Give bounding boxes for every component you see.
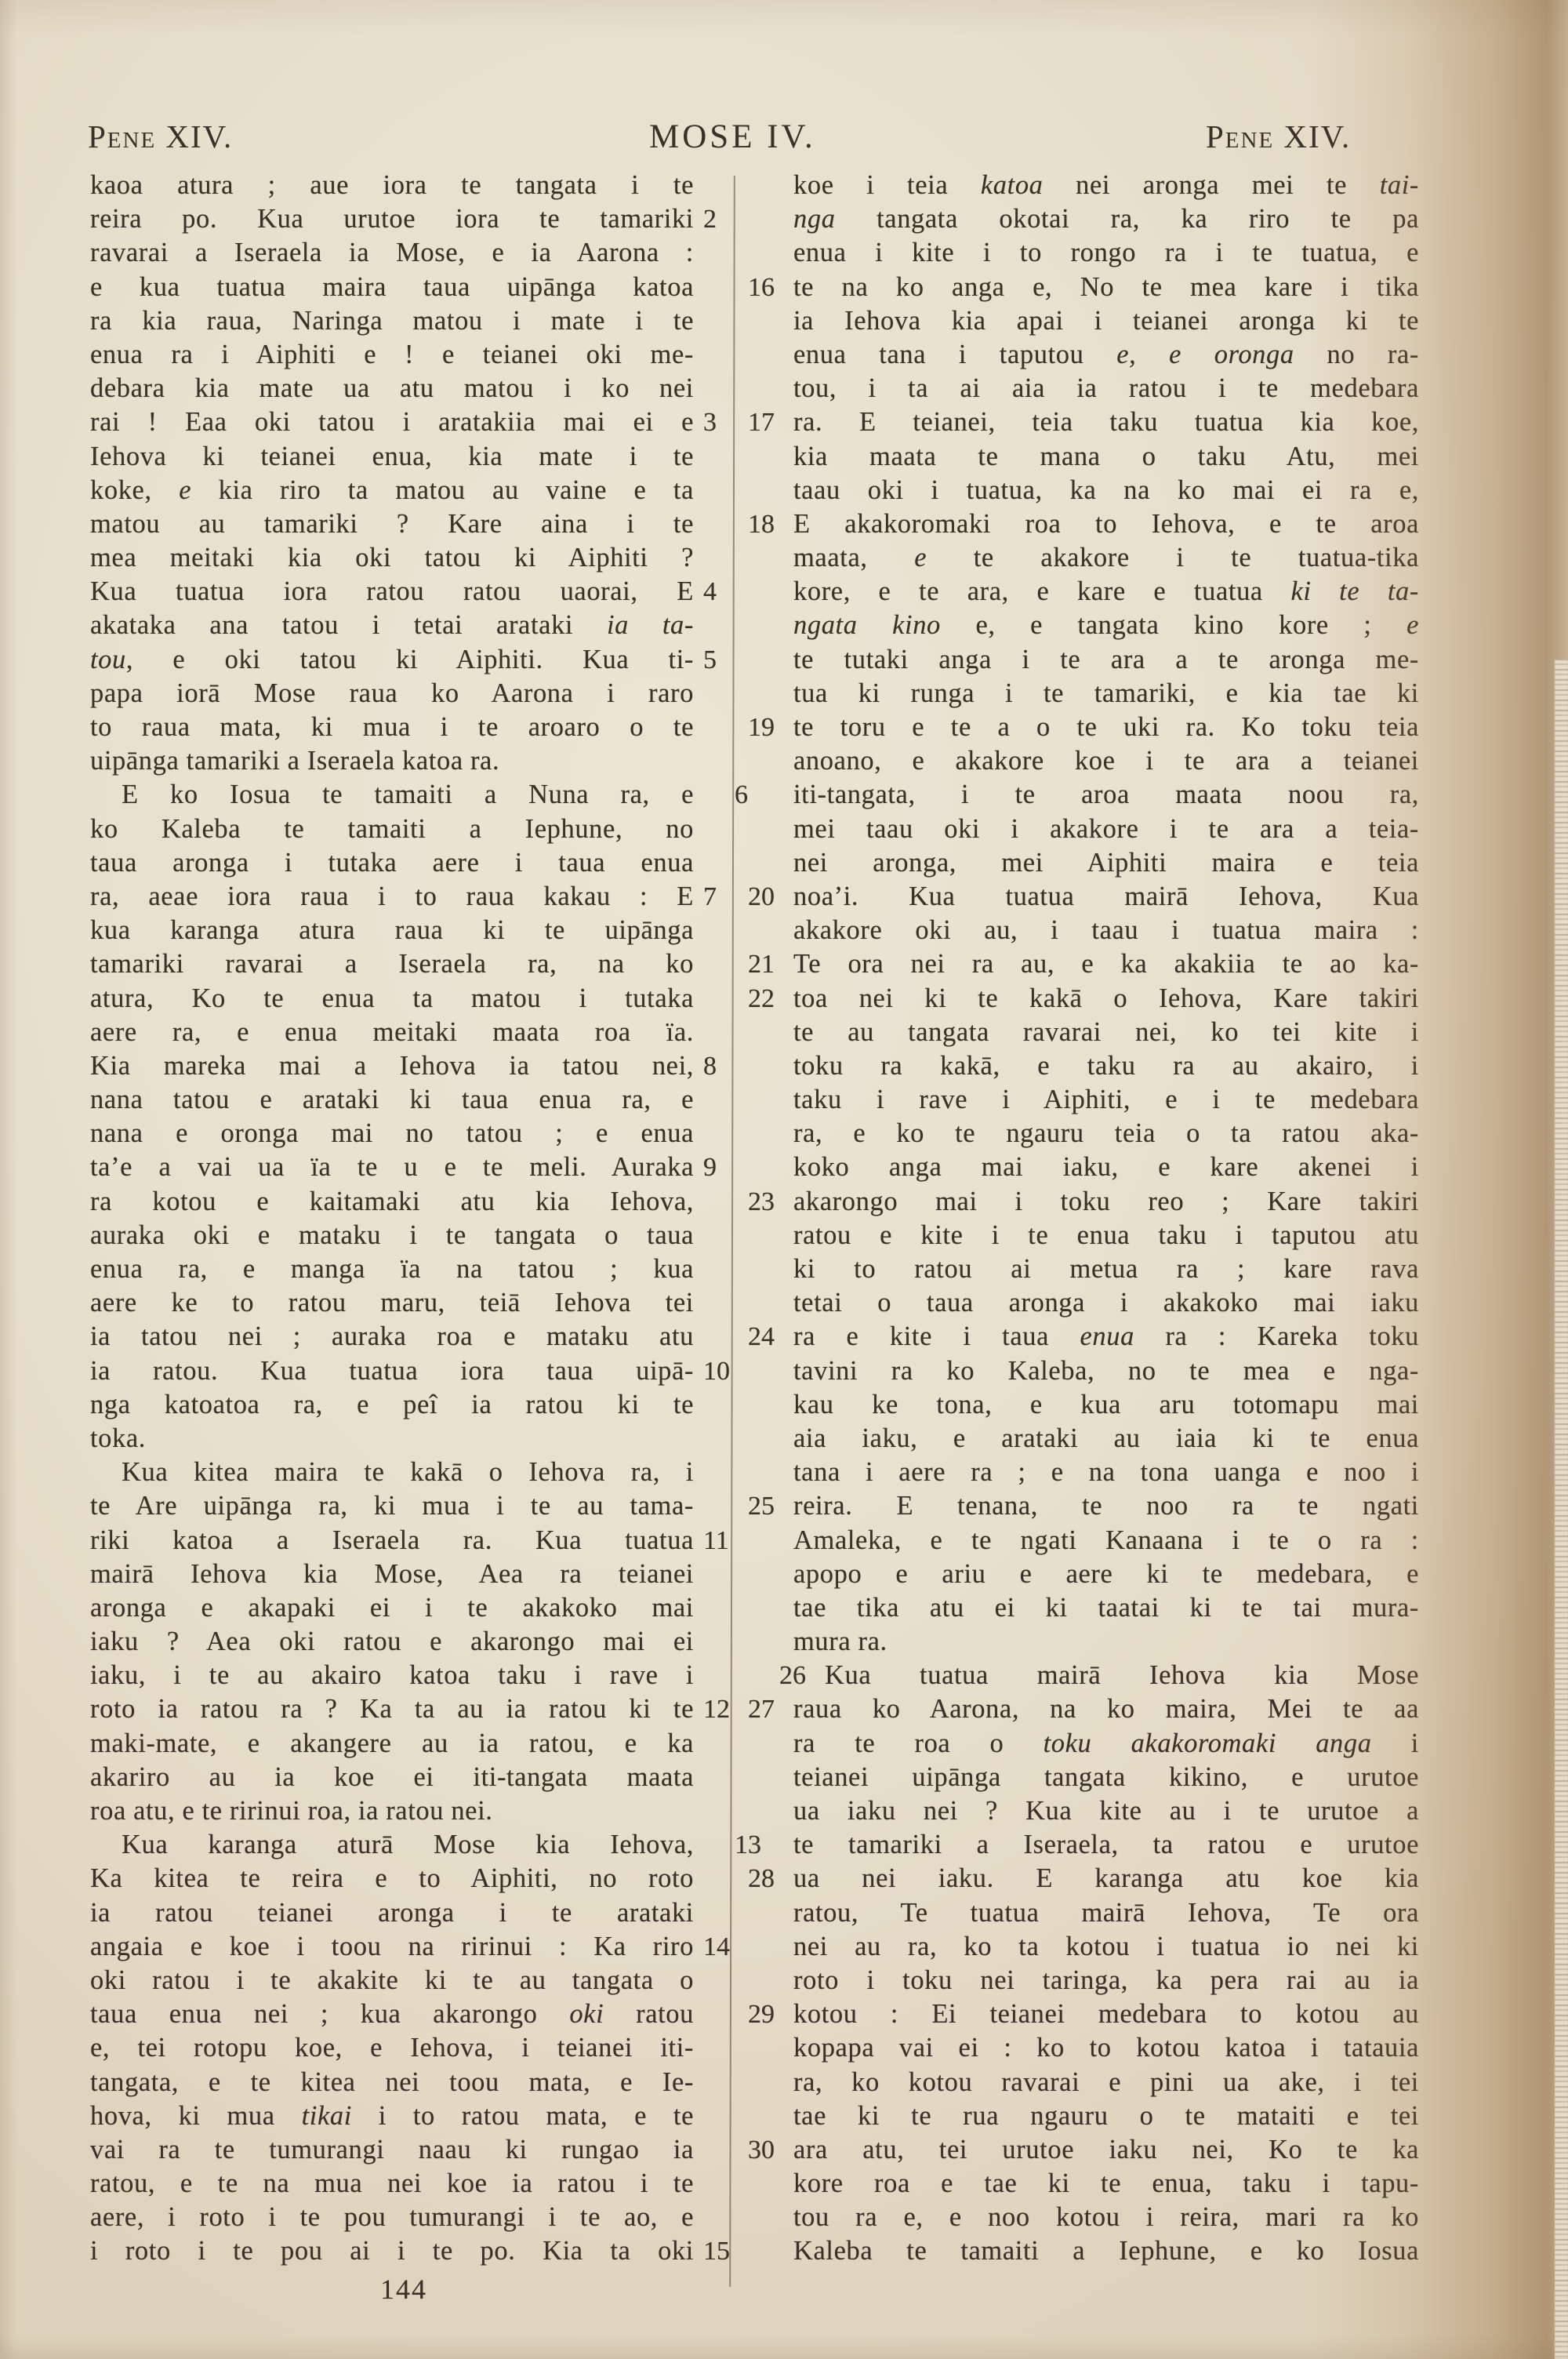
text-run: toka.: [90, 1423, 146, 1453]
verse-number: 4: [703, 575, 742, 609]
text-line: enua ra i Aiphiti e ! e teianei oki me-: [90, 338, 694, 372]
text-run: roto ia ratou ra ? Ka ta au ia ratou ki …: [90, 1694, 694, 1724]
text-run: nei aronga, mei Aiphiti maira e teia: [793, 848, 1419, 878]
verse-number: 22: [748, 982, 787, 1016]
text-run: nana e oronga mai no tatou ; e enua: [90, 1118, 694, 1148]
text-line: tae tika atu ei ki taatai ki te tai mura…: [793, 1591, 1419, 1625]
page-number: 144: [329, 2273, 478, 2306]
text-line: ratou, Te tuatua mairā Iehova, Te ora: [793, 1896, 1419, 1930]
text-line: noa’i. Kua tuatua mairā Iehova, Kua20: [793, 880, 1419, 914]
verse-number: 18: [748, 507, 787, 541]
text-line: kore, e te ara, e kare e tuatua ki te ta…: [793, 575, 1419, 609]
italic-text-run: tai-: [1380, 170, 1419, 200]
text-line: mei taau oki i akakore i te ara a teia-: [793, 812, 1419, 846]
text-run: tae ki te rua ngauru o te mataiti e tei: [793, 2101, 1419, 2131]
text-line: rai ! Eaa oki tatou i aratakiia mai ei e…: [90, 405, 694, 439]
text-run: te au tangata ravarai nei, ko tei kite i: [793, 1017, 1419, 1047]
text-line: ki to ratou ai metua ra ; kare rava: [793, 1252, 1419, 1286]
text-run: ratou e kite i te enua taku i taputou at…: [793, 1220, 1419, 1250]
text-line: raua ko Aarona, na ko maira, Mei te aa27: [793, 1692, 1419, 1726]
text-line: ta’e a vai ua ïa te u e te meli. Auraka9: [90, 1150, 694, 1184]
text-run: Amaleka, e te ngati Kanaana i te o ra :: [793, 1525, 1419, 1555]
text-line: iti-tangata, i te aroa maata noou ra,: [793, 778, 1419, 812]
text-run: teianei uipānga tangata kikino, e urutoe: [793, 1762, 1419, 1792]
text-run: kua karanga atura raua ki te uipānga: [90, 915, 694, 945]
text-line: Kua tuatua mairā Iehova kia Mose26: [793, 1659, 1419, 1692]
text-run: te toru e te a o te uki ra. Ko toku teia: [793, 712, 1419, 742]
italic-text-run: tikai: [302, 2101, 352, 2131]
verse-number: 26: [748, 1659, 787, 1692]
text-line: enua ra, e manga ïa na tatou ; kua: [90, 1252, 694, 1286]
text-run: ravarai a Iseraela ia Mose, e ia Aarona …: [90, 238, 694, 267]
text-line: ra, e ko te ngauru teia o ta ratou aka-: [793, 1117, 1419, 1150]
italic-text-run: oki: [569, 1999, 604, 2029]
verse-number: 24: [748, 1320, 787, 1354]
text-line: mairā Iehova kia Mose, Aea ra teianei: [90, 1558, 694, 1591]
text-run: kia riro ta matou au vaine e ta: [191, 475, 694, 505]
running-head-right: Pene XIV.: [1206, 118, 1351, 155]
verse-number: 11: [703, 1524, 742, 1558]
text-line: koe i teia katoa nei aronga mei te tai-: [793, 169, 1419, 202]
text-run: ra. E teianei, teia taku tuatua kia koe,: [793, 407, 1419, 437]
italic-text-run: e: [179, 475, 191, 505]
text-run: riki katoa a Iseraela ra. Kua tuatua: [90, 1525, 694, 1555]
text-run: nei aronga mei te: [1044, 170, 1380, 200]
text-line: kore roa e tae ki te enua, taku i tapu-: [793, 2167, 1419, 2201]
text-run: Kua kitea maira te kakā o Iehova ra, i: [122, 1457, 694, 1487]
text-run: roto i toku nei taringa, ka pera rai au …: [793, 1965, 1419, 1995]
text-line: kotou : Ei teianei medebara to kotou au2…: [793, 1997, 1419, 2031]
scanned-book-page: Pene XIV. MOSE IV. Pene XIV. kaoa atura …: [0, 0, 1568, 2359]
text-line: tana i aere ra ; e na tona uanga e noo i: [793, 1456, 1419, 1489]
text-run: e, e tangata kino kore ;: [941, 610, 1406, 640]
text-line: atura, Ko te enua ta matou i tutaka: [90, 982, 694, 1016]
text-run: taua aronga i tutaka aere i taua enua: [90, 848, 694, 878]
text-line: debara kia mate ua atu matou i ko nei: [90, 372, 694, 405]
next-page-edge: [1555, 659, 1568, 2359]
text-line: Ka kitea te reira e to Aiphiti, no roto: [90, 1862, 694, 1896]
italic-text-run: e, e oronga: [1116, 340, 1294, 369]
text-line: roa atu, e te ririnui roa, ia ratou nei.: [90, 1794, 694, 1828]
text-line: reira. E tenana, te noo ra te ngati25: [793, 1489, 1419, 1523]
italic-text-run: nga: [793, 204, 836, 234]
text-run: raua ko Aarona, na ko maira, Mei te aa: [793, 1694, 1419, 1724]
text-run: iaku ? Aea oki ratou e akarongo mai ei: [90, 1627, 694, 1656]
text-run: koe i teia: [793, 170, 981, 200]
text-line: Amaleka, e te ngati Kanaana i te o ra :: [793, 1524, 1419, 1558]
verse-number: 7: [703, 880, 742, 914]
text-run: i roto i te pou ai i te po. Kia ta oki: [90, 2236, 694, 2266]
text-run: , e oki tatou ki Aiphiti. Kua ti-: [126, 645, 694, 674]
italic-text-run: e: [914, 543, 927, 572]
text-line: oki ratou i te akakite ki te au tangata …: [90, 1964, 694, 1997]
text-line: Te ora nei ra au, e ka akakiia te ao ka-…: [793, 947, 1419, 981]
text-line: ravarai a Iseraela ia Mose, e ia Aarona …: [90, 236, 694, 270]
text-run: koko anga mai iaku, e kare akenei i: [793, 1152, 1419, 1182]
text-line: toka.: [90, 1422, 694, 1456]
text-line: E akakoromaki roa to Iehova, e te aroa18: [793, 507, 1419, 541]
italic-text-run: katoa: [981, 170, 1044, 200]
text-line: tou, e oki tatou ki Aiphiti. Kua ti-5: [90, 643, 694, 677]
text-line: e, tei rotopu koe, e Iehova, i teianei i…: [90, 2031, 694, 2065]
text-line: taua aronga i tutaka aere i taua enua: [90, 846, 694, 880]
text-line: roto ia ratou ra ? Ka ta au ia ratou ki …: [90, 1692, 694, 1726]
text-run: mairā Iehova kia Mose, Aea ra teianei: [90, 1559, 694, 1589]
text-run: tavini ra ko Kaleba, no te mea e nga-: [793, 1356, 1419, 1386]
text-run: mei taau oki i akakore i te ara a teia-: [793, 814, 1419, 844]
text-line: kia maata te mana o taku Atu, mei: [793, 440, 1419, 474]
text-run: ratou: [604, 1999, 694, 2029]
text-line: aia iaku, e arataki au iaia ki te enua: [793, 1422, 1419, 1456]
text-run: nga katoatoa ra, e peî ia ratou ki te: [90, 1390, 694, 1419]
text-line: tangata, e te kitea nei toou mata, e Ie-: [90, 2066, 694, 2099]
text-line: taua enua nei ; kua akarongo oki ratou: [90, 1997, 694, 2031]
text-run: aere ra, e enua meitaki maata roa ïa.: [90, 1017, 694, 1047]
text-line: i roto i te pou ai i te po. Kia ta oki15: [90, 2234, 694, 2268]
text-line: iaku, i te au akairo katoa taku i rave i: [90, 1659, 694, 1692]
text-run: nei au ra, ko ta kotou i tuatua io nei k…: [793, 1932, 1419, 1961]
text-line: akataka ana tatou i tetai arataki ia ta-: [90, 609, 694, 642]
text-line: ra kia raua, Naringa matou i mate i te: [90, 304, 694, 338]
text-line: maki-mate, e akangere au ia ratou, e ka: [90, 1727, 694, 1761]
running-head-center: MOSE IV.: [649, 118, 816, 156]
text-run: te Are uipānga ra, ki mua i te au tama-: [90, 1491, 694, 1521]
verse-number: 30: [748, 2133, 787, 2167]
text-run: kore roa e tae ki te enua, taku i tapu-: [793, 2168, 1419, 2198]
text-run: uipānga tamariki a Iseraela katoa ra.: [90, 746, 499, 776]
text-line: tetai o taua aronga i akakoko mai iaku: [793, 1286, 1419, 1320]
text-run: toa nei ki te kakā o Iehova, Kare takiri: [793, 983, 1419, 1013]
verse-number: 25: [748, 1489, 787, 1523]
text-run: taau oki i tuatua, ka na ko mai ei ra e,: [793, 475, 1419, 505]
text-line: enua tana i taputou e, e oronga no ra-: [793, 338, 1419, 372]
text-line: kaoa atura ; aue iora te tangata i te: [90, 169, 694, 202]
text-run: tangata okotai ra, ka riro te pa: [836, 204, 1419, 234]
text-run: noa’i. Kua tuatua mairā Iehova, Kua: [793, 881, 1419, 911]
text-line: uipānga tamariki a Iseraela katoa ra.: [90, 744, 694, 778]
text-line: te Are uipānga ra, ki mua i te au tama-: [90, 1489, 694, 1523]
text-run: ia ratou teianei aronga i te arataki: [90, 1898, 694, 1928]
text-run: rai ! Eaa oki tatou i aratakiia mai ei e: [90, 407, 694, 437]
text-line: auraka oki e mataku i te tangata o taua: [90, 1219, 694, 1252]
text-run: to raua mata, ki mua i te aroaro o te: [90, 712, 694, 742]
text-run: ki to ratou ai metua ra ; kare rava: [793, 1254, 1419, 1284]
text-line: tua ki runga i te tamariki, e kia tae ki: [793, 677, 1419, 711]
text-line: papa iorā Mose raua ko Aarona i raro: [90, 677, 694, 711]
text-line: nana e oronga mai no tatou ; e enua: [90, 1117, 694, 1150]
text-line: ratou e kite i te enua taku i taputou at…: [793, 1219, 1419, 1252]
text-line: E ko Iosua te tamaiti a Nuna ra, e6: [90, 778, 694, 812]
text-line: tou, i ta ai aia ia ratou i te medebara: [793, 372, 1419, 405]
text-run: taua enua nei ; kua akarongo: [90, 1999, 569, 2029]
text-run: kau ke tona, e kua aru totomapu mai: [793, 1390, 1419, 1419]
text-run: aronga e akapaki ei i te akakoko mai: [90, 1593, 694, 1623]
text-line: taau oki i tuatua, ka na ko mai ei ra e,: [793, 474, 1419, 507]
text-line: aere, i roto i te pou tumurangi i te ao,…: [90, 2201, 694, 2234]
text-line: nei aronga, mei Aiphiti maira e teia: [793, 846, 1419, 880]
verse-number: 29: [748, 1997, 787, 2031]
text-run: ra, aeae iora raua i to raua kakau : E: [90, 881, 694, 911]
text-run: tae tika atu ei ki taatai ki te tai mura…: [793, 1593, 1419, 1623]
text-line: ra, ko kotou ravarai e pini ua ake, i te…: [793, 2066, 1419, 2099]
text-run: iti-tangata, i te aroa maata noou ra,: [793, 780, 1419, 809]
text-run: koke,: [90, 475, 179, 505]
text-line: nei au ra, ko ta kotou i tuatua io nei k…: [793, 1930, 1419, 1964]
text-run: Iehova ki teianei enua, kia mate i te: [90, 442, 694, 471]
verse-number: 6: [703, 778, 742, 812]
text-line: ra kotou e kaitamaki atu kia Iehova,: [90, 1185, 694, 1219]
text-line: aere ke to ratou maru, teiā Iehova tei: [90, 1286, 694, 1320]
text-run: no ra-: [1294, 340, 1419, 369]
text-line: Iehova ki teianei enua, kia mate i te: [90, 440, 694, 474]
text-run: e kua tuatua maira taua uipānga katoa: [90, 272, 694, 302]
text-run: mura ra.: [793, 1627, 887, 1656]
text-run: Te ora nei ra au, e ka akakiia te ao ka-: [793, 949, 1419, 979]
verse-number: 16: [748, 271, 787, 304]
verse-number: 10: [703, 1354, 742, 1388]
text-line: teianei uipānga tangata kikino, e urutoe: [793, 1761, 1419, 1794]
text-run: auraka oki e mataku i te tangata o taua: [90, 1220, 694, 1250]
text-run: taku i rave i Aiphiti, e i te medebara: [793, 1085, 1419, 1114]
text-line: tae ki te rua ngauru o te mataiti e tei: [793, 2099, 1419, 2133]
text-run: Kua karanga aturā Mose kia Iehova,: [122, 1830, 694, 1859]
text-run: te akakore i te tuatua-tika: [927, 543, 1419, 572]
text-line: te au tangata ravarai nei, ko tei kite i: [793, 1016, 1419, 1049]
text-line: ia Iehova kia apai i teianei aronga ki t…: [793, 304, 1419, 338]
text-line: ia ratou teianei aronga i te arataki: [90, 1896, 694, 1930]
text-line: kopapa vai ei : ko to kotou katoa i tata…: [793, 2031, 1419, 2065]
text-run: toku ra kakā, e taku ra au akairo, i: [793, 1051, 1419, 1081]
text-run: enua ra, e manga ïa na tatou ; kua: [90, 1254, 694, 1284]
text-line: koke, e kia riro ta matou au vaine e ta: [90, 474, 694, 507]
text-run: ra, ko kotou ravarai e pini ua ake, i te…: [793, 2067, 1419, 2097]
text-line: ara atu, tei urutoe iaku nei, Ko te ka30: [793, 2133, 1419, 2167]
text-line: tavini ra ko Kaleba, no te mea e nga-: [793, 1354, 1419, 1388]
text-run: te tutaki anga i te ara a te aronga me-: [793, 645, 1419, 674]
text-line: angaia e koe i toou na ririnui : Ka riro…: [90, 1930, 694, 1964]
italic-text-run: ngata kino: [793, 610, 941, 640]
text-line: toa nei ki te kakā o Iehova, Kare takiri…: [793, 982, 1419, 1016]
text-run: enua tana i taputou: [793, 340, 1116, 369]
verse-number: 12: [703, 1692, 742, 1726]
text-run: anoano, e akakore koe i te ara a teianei: [793, 746, 1419, 776]
text-run: tetai o taua aronga i akakoko mai iaku: [793, 1288, 1419, 1318]
text-line: ra. E teianei, teia taku tuatua kia koe,…: [793, 405, 1419, 439]
text-line: Kua kitea maira te kakā o Iehova ra, i: [90, 1456, 694, 1489]
text-run: apopo e ariu e aere ki te medebara, e: [793, 1559, 1419, 1589]
text-line: e kua tuatua maira taua uipānga katoa: [90, 271, 694, 304]
text-line: Kaleba te tamaiti a Iephune, e ko Iosua: [793, 2234, 1419, 2268]
text-run: aere ke to ratou maru, teiā Iehova tei: [90, 1288, 694, 1318]
text-run: reira. E tenana, te noo ra te ngati: [793, 1491, 1419, 1521]
verse-number: 17: [748, 405, 787, 439]
text-run: Kaleba te tamaiti a Iephune, e ko Iosua: [793, 2236, 1419, 2266]
text-line: anoano, e akakore koe i te ara a teianei: [793, 744, 1419, 778]
text-run: enua i kite i to rongo ra i te tuatua, e: [793, 238, 1419, 267]
text-line: ia tatou nei ; auraka roa e mataku atu: [90, 1320, 694, 1354]
italic-text-run: enua: [1080, 1321, 1134, 1351]
text-line: te toru e te a o te uki ra. Ko toku teia…: [793, 711, 1419, 744]
verse-number: 2: [703, 202, 742, 236]
text-line: kua karanga atura raua ki te uipānga: [90, 914, 694, 947]
text-run: ra kotou e kaitamaki atu kia Iehova,: [90, 1187, 694, 1216]
verse-number: 8: [703, 1049, 742, 1083]
verse-number: 27: [748, 1692, 787, 1726]
text-run: hova, ki mua: [90, 2101, 302, 2131]
verse-number: 5: [703, 643, 742, 677]
text-line: ra, aeae iora raua i to raua kakau : E7: [90, 880, 694, 914]
verse-number: 14: [703, 1930, 742, 1964]
text-line: aronga e akapaki ei i te akakoko mai: [90, 1591, 694, 1625]
text-run: ua nei iaku. E karanga atu koe kia: [793, 1863, 1419, 1893]
text-line: ngata kino e, e tangata kino kore ; e: [793, 609, 1419, 642]
verse-number: 20: [748, 880, 787, 914]
text-run: tangata, e te kitea nei toou mata, e Ie-: [90, 2067, 694, 2097]
text-run: iaku, i te au akairo katoa taku i rave i: [90, 1660, 694, 1690]
text-line: ra te roa o toku akakoromaki anga i: [793, 1727, 1419, 1761]
text-run: maata,: [793, 543, 914, 572]
text-line: kau ke tona, e kua aru totomapu mai: [793, 1388, 1419, 1422]
text-line: nga katoatoa ra, e peî ia ratou ki te: [90, 1388, 694, 1422]
text-line: roto i toku nei taringa, ka pera rai au …: [793, 1964, 1419, 1997]
text-line: tamariki ravarai a Iseraela ra, na ko: [90, 947, 694, 981]
text-line: tou ra e, e noo kotou i reira, mari ra k…: [793, 2201, 1419, 2234]
text-run: roa atu, e te ririnui roa, ia ratou nei.: [90, 1796, 493, 1826]
text-run: ratou, e te na mua nei koe ia ratou i te: [90, 2168, 694, 2198]
text-run: ia Iehova kia apai i teianei aronga ki t…: [793, 306, 1419, 336]
text-line: akakore oki au, i taau i tuatua maira :: [793, 914, 1419, 947]
text-run: oki ratou i te akakite ki te au tangata …: [90, 1965, 694, 1995]
text-line: to raua mata, ki mua i te aroaro o te: [90, 711, 694, 744]
text-line: te na ko anga e, No te mea kare i tika16: [793, 271, 1419, 304]
text-run: kopapa vai ei : ko to kotou katoa i tata…: [793, 2033, 1419, 2063]
text-line: te tutaki anga i te ara a te aronga me-: [793, 643, 1419, 677]
text-run: ratou, Te tuatua mairā Iehova, Te ora: [793, 1898, 1419, 1928]
text-line: mura ra.: [793, 1625, 1419, 1659]
text-run: tamariki ravarai a Iseraela ra, na ko: [90, 949, 694, 979]
text-line: ratou, e te na mua nei koe ia ratou i te: [90, 2167, 694, 2201]
text-line: ia ratou. Kua tuatua iora taua uipā-10: [90, 1354, 694, 1388]
text-run: e, tei rotopu koe, e Iehova, i teianei i…: [90, 2033, 694, 2063]
text-run: aia iaku, e arataki au iaia ki te enua: [793, 1423, 1419, 1453]
text-line: riki katoa a Iseraela ra. Kua tuatua11: [90, 1524, 694, 1558]
text-run: papa iorā Mose raua ko Aarona i raro: [90, 678, 694, 708]
verse-number: 15: [703, 2234, 742, 2268]
text-line: ua nei iaku. E karanga atu koe kia28: [793, 1862, 1419, 1896]
text-run: tana i aere ra ; e na tona uanga e noo i: [793, 1457, 1419, 1487]
text-run: kore, e te ara, e kare e tuatua: [793, 576, 1290, 606]
text-run: kotou : Ei teianei medebara to kotou au: [793, 1999, 1419, 2029]
text-line: matou au tamariki ? Kare aina i te: [90, 507, 694, 541]
text-run: akataka ana tatou i tetai arataki: [90, 610, 607, 640]
text-run: akarongo mai i toku reo ; Kare takiri: [793, 1187, 1419, 1216]
verse-number: 9: [703, 1150, 742, 1184]
text-run: ia tatou nei ; auraka roa e mataku atu: [90, 1321, 694, 1351]
text-line: akarongo mai i toku reo ; Kare takiri23: [793, 1185, 1419, 1219]
text-run: Ka kitea te reira e to Aiphiti, no roto: [90, 1863, 694, 1893]
verse-number: 13: [703, 1828, 742, 1862]
text-line: hova, ki mua tikai i to ratou mata, e te: [90, 2099, 694, 2133]
verse-number: 3: [703, 405, 742, 439]
text-run: Kia mareka mai a Iehova ia tatou nei,: [90, 1051, 694, 1081]
text-run: ra kia raua, Naringa matou i mate i te: [90, 306, 694, 336]
text-run: akakore oki au, i taau i tuatua maira :: [793, 915, 1419, 945]
italic-text-run: ki te ta-: [1290, 576, 1419, 606]
text-run: E akakoromaki roa to Iehova, e te aroa: [793, 509, 1419, 539]
verse-number: 19: [748, 711, 787, 744]
italic-text-run: ia ta-: [607, 610, 694, 640]
text-line: apopo e ariu e aere ki te medebara, e: [793, 1558, 1419, 1591]
verse-number: 21: [748, 947, 787, 981]
text-run: kia maata te mana o taku Atu, mei: [793, 442, 1419, 471]
text-line: mea meitaki kia oki tatou ki Aiphiti ?: [90, 541, 694, 575]
text-line: ua iaku nei ? Kua kite au i te urutoe a: [793, 1794, 1419, 1828]
text-line: ko Kaleba te tamaiti a Iephune, no: [90, 812, 694, 846]
text-run: reira po. Kua urutoe iora te tamariki: [90, 204, 694, 234]
text-run: ra te roa o: [793, 1728, 1044, 1758]
text-run: ra e kite i taua: [793, 1321, 1080, 1351]
text-run: aere, i roto i te pou tumurangi i te ao,…: [90, 2202, 694, 2232]
text-run: kaoa atura ; aue iora te tangata i te: [90, 170, 694, 200]
text-line: nga tangata okotai ra, ka riro te pa: [793, 202, 1419, 236]
text-run: ta’e a vai ua ïa te u e te meli. Auraka: [90, 1152, 694, 1182]
text-run: matou au tamariki ? Kare aina i te: [90, 509, 694, 539]
text-line: iaku ? Aea oki ratou e akarongo mai ei: [90, 1625, 694, 1659]
text-run: atura, Ko te enua ta matou i tutaka: [90, 983, 694, 1013]
text-line: toku ra kakā, e taku ra au akairo, i: [793, 1049, 1419, 1083]
text-line: reira po. Kua urutoe iora te tamariki2: [90, 202, 694, 236]
text-run: ia ratou. Kua tuatua iora taua uipā-: [90, 1356, 694, 1386]
text-run: nana tatou e arataki ki taua enua ra, e: [90, 1085, 694, 1114]
italic-text-run: e: [1406, 610, 1419, 640]
text-run: debara kia mate ua atu matou i ko nei: [90, 373, 694, 403]
text-line: ra e kite i taua enua ra : Kareka toku24: [793, 1320, 1419, 1354]
text-run: E ko Iosua te tamaiti a Nuna ra, e: [122, 780, 694, 809]
text-run: ra : Kareka toku: [1134, 1321, 1419, 1351]
text-run: mea meitaki kia oki tatou ki Aiphiti ?: [90, 543, 694, 572]
text-line: te tamariki a Iseraela, ta ratou e uruto…: [793, 1828, 1419, 1862]
text-run: ra, e ko te ngauru teia o ta ratou aka-: [793, 1118, 1419, 1148]
text-run: ua iaku nei ? Kua kite au i te urutoe a: [793, 1796, 1419, 1826]
text-run: te na ko anga e, No te mea kare i tika: [793, 272, 1419, 302]
text-run: tou, i ta ai aia ia ratou i te medebara: [793, 373, 1419, 403]
text-line: maata, e te akakore i te tuatua-tika: [793, 541, 1419, 575]
italic-text-run: toku akakoromaki anga: [1044, 1728, 1372, 1758]
text-run: Kua tuatua mairā Iehova kia Mose: [825, 1660, 1419, 1690]
text-line: Kia mareka mai a Iehova ia tatou nei,8: [90, 1049, 694, 1083]
verse-number: 23: [748, 1185, 787, 1219]
column-divider-rule: [729, 176, 735, 2287]
text-line: vai ra te tumurangi naau ki rungao ia: [90, 2133, 694, 2167]
text-line: koko anga mai iaku, e kare akenei i: [793, 1150, 1419, 1184]
text-line: enua i kite i to rongo ra i te tuatua, e: [793, 236, 1419, 270]
text-run: ko Kaleba te tamaiti a Iephune, no: [90, 814, 694, 844]
text-column-right: koe i teia katoa nei aronga mei te tai-n…: [793, 169, 1419, 2269]
text-line: taku i rave i Aiphiti, e i te medebara: [793, 1083, 1419, 1117]
text-run: Kua tuatua iora ratou ratou uaorai, E: [90, 576, 694, 606]
italic-text-run: tou: [90, 645, 126, 674]
running-head-left: Pene XIV.: [88, 118, 233, 155]
text-run: angaia e koe i toou na ririnui : Ka riro: [90, 1932, 694, 1961]
text-run: te tamariki a Iseraela, ta ratou e uruto…: [793, 1830, 1419, 1859]
text-line: akariro au ia koe ei iti-tangata maata: [90, 1761, 694, 1794]
text-run: i to ratou mata, e te: [352, 2101, 694, 2131]
text-line: nana tatou e arataki ki taua enua ra, e: [90, 1083, 694, 1117]
text-column-left: kaoa atura ; aue iora te tangata i terei…: [90, 169, 694, 2269]
text-line: Kua karanga aturā Mose kia Iehova,13: [90, 1828, 694, 1862]
text-run: tua ki runga i te tamariki, e kia tae ki: [793, 678, 1419, 708]
text-run: enua ra i Aiphiti e ! e teianei oki me-: [90, 340, 694, 369]
